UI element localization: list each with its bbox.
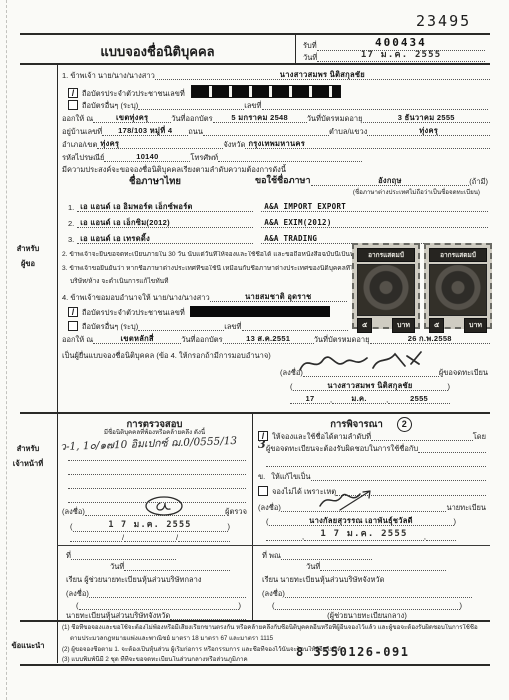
revenue-stamp-2: อากรแสตมป์ ๕ บาท — [424, 243, 492, 329]
consider-opt1-text: ให้จองและใช้ชื่อได้ตามลำดับที่ — [272, 432, 371, 441]
side-label-officer-1: สำหรับ — [2, 443, 54, 455]
poa-id-checkbox: / — [68, 307, 78, 317]
serial-number: 8 3550126-091 — [296, 645, 409, 659]
header-divider — [295, 33, 296, 63]
check-date-blank-2 — [124, 533, 176, 542]
check-blank-3 — [68, 480, 246, 489]
declaration-3a: 3. ข้าพเจ้าขอยืนยันว่า หากชื่อภาษาต่างปร… — [62, 265, 374, 273]
poa-other-no-label: เลขที่ — [224, 322, 241, 331]
check-blank-2 — [68, 466, 246, 475]
memo-right-date-blank — [320, 562, 446, 571]
purpose-text: มีความประสงค์จะขอจองชื่อนิติบุคคลเรียงตา… — [62, 165, 286, 174]
consider-opt1-by: โดย — [473, 432, 486, 441]
consider-sign-role: นายทะเบียน — [446, 503, 486, 512]
consider-badge: 2 — [397, 417, 412, 432]
side-label-officer-2: เจ้าหน้าที่ — [2, 458, 54, 470]
received-date-stamp: 17 ม.ค. 2555 — [361, 50, 442, 60]
name-row-3-thai: เอ แอนด์ เอ เทรดดิ้ง — [77, 234, 253, 244]
declaration-3b: บริษัท/ห้าง จะดำเนินการแก้ไขทันที — [70, 278, 169, 286]
check-paren-close: ) — [228, 522, 231, 531]
other-card-blank — [138, 101, 244, 110]
phone-blank — [218, 153, 362, 162]
left-column-rule — [57, 65, 58, 663]
poa-issue-date-value: 13 ส.ค.2551 — [223, 334, 314, 344]
examiner-signature — [142, 495, 186, 517]
applicant-name: นางสาวสมพร นิติสกุลชัย — [155, 70, 490, 80]
memo-top-rule — [57, 545, 490, 546]
poa-id-checkmark: / — [72, 308, 75, 317]
house-value: 178/103 หมู่ที่ 4 — [102, 126, 188, 136]
signer-name: นางสาวสมพร นิติสกุลชัย — [293, 381, 448, 391]
side-label-applicant-2: ผู้ขอ — [2, 258, 54, 270]
if-any-label: (ถ้ามี) — [469, 177, 488, 186]
issue-date-label: วันที่ออกบัตร — [171, 114, 213, 123]
advice-top-rule — [20, 620, 490, 622]
memo-right-footer: (ผู้ช่วยนายทะเบียนกลาง) — [327, 611, 407, 620]
check-sign-label: (ลงชื่อ) — [62, 507, 85, 516]
poa-other-card-checkbox — [68, 321, 78, 331]
memo-right-name-blank — [275, 601, 460, 610]
revenue-stamp-1-value: ๕ — [357, 318, 372, 333]
poa-name: นายสมชาติ อุดราช — [210, 292, 347, 302]
consider-optb-text: ให้แก้ไขเป็น — [271, 472, 310, 481]
paren-close: ) — [448, 382, 451, 391]
issued-at-label: ออกให้ ณ — [62, 114, 93, 123]
poa-other-no-blank — [242, 322, 349, 331]
province-value: กรุงเทพมหานคร — [245, 139, 490, 149]
poa-id-redaction — [190, 306, 330, 317]
revenue-stamp-1-title: อากรแสตมป์ — [357, 248, 415, 262]
memo-right-paren-close: ) — [460, 601, 463, 610]
applicant-label: 1. ข้าพเจ้า นาย/นาง/นางสาว — [62, 71, 155, 80]
memo-right-date-label: วันที่ — [306, 562, 320, 571]
header-bottom-rule — [20, 63, 490, 65]
memo-right-no-blank — [281, 551, 372, 560]
consider-sign-label: (ลงชื่อ) — [258, 503, 281, 512]
consider-opt1-blank — [371, 432, 473, 441]
form-title: แบบจองชื่อนิติบุคคล — [20, 41, 295, 62]
name-row-1-thai: เอ แอนด์ เอ อิมพอร์ต เอ็กซ์พอร์ต — [77, 202, 253, 212]
memo-left-date-label: วันที่ — [110, 562, 124, 571]
memo-right-sign-blank — [285, 589, 472, 598]
name-row-3-no: 3. — [68, 235, 74, 244]
district-value: ทุ่งครุ — [97, 139, 223, 149]
name-row-2-eng: A&A EXIM(2012) — [261, 218, 488, 228]
consider-header-text: การพิจารณา — [330, 419, 383, 430]
sign-role: ผู้ขอจดทะเบียน — [439, 368, 488, 377]
expiry-label: วันที่บัตรหมดอายุ — [307, 114, 363, 123]
thai-name-header: ชื่อภาษาไทย — [95, 174, 215, 189]
sign-date-year: 2555 — [388, 394, 450, 404]
revenue-stamp-1-art — [357, 264, 415, 316]
check-date-stamp: 1 7 ม.ค. 2555 — [108, 520, 191, 530]
poa-issued-at-value: เขตหลักสี่ — [93, 334, 181, 344]
poa-expiry-label: วันที่บัตรหมดอายุ — [314, 335, 370, 344]
foreign-name-note: (ชื่อภาษาต่างประเทศไม่ถือว่าเป็นชื่อจดทะ… — [353, 189, 480, 197]
header-top-rule — [20, 33, 490, 35]
consider-optb-blank — [311, 472, 486, 481]
advice-line-1: (1) ชื่อที่ขอจองและขอใช้จะต้องไม่พ้องหรื… — [62, 624, 478, 632]
poa-other-card-blank — [138, 322, 224, 331]
phone-label: โทรศัพท์ — [190, 153, 218, 162]
consider-opt2-checkbox — [258, 486, 268, 496]
sign-date-month: ม.ค. — [332, 394, 386, 404]
side-label-applicant-1: สำหรับ — [2, 243, 54, 255]
memo-left-date-blank — [124, 562, 230, 571]
poa-issue-date-label: วันที่ออกบัตร — [181, 335, 223, 344]
memo-left-to: เรียน ผู้ช่วยนายทะเบียนหุ้นส่วนบริษัทกลา… — [66, 575, 202, 584]
issue-date-value: 5 มกราคม 2548 — [213, 113, 307, 123]
memo-left-paren-close: ) — [239, 601, 242, 610]
declaration-2: 2. ข้าพเจ้าจะยื่นขอจดทะเบียนภายใน 30 วัน… — [62, 251, 370, 259]
id-card-checkbox: / — [68, 88, 78, 98]
consider-optb-no: ข. — [258, 472, 265, 481]
request-language-label: ขอใช้ชื่อภาษา — [255, 175, 311, 186]
revenue-stamp-2-title: อากรแสตมป์ — [429, 248, 487, 262]
memo-left-name-blank — [79, 601, 239, 610]
advice-side-label: ข้อแนะนำ — [2, 640, 54, 652]
check-sign-role: ผู้ตรวจ — [225, 507, 247, 516]
scanned-form-page: 23495 แบบจองชื่อนิติบุคคล รับที่ 400434 … — [0, 0, 509, 700]
consider-blank-1 — [266, 458, 486, 467]
advice-line-4: (3) แบบพิมพ์นี้มี 2 ชุด ที่ที่จะขอจดทะเบ… — [62, 656, 248, 664]
id-card-label: ถือบัตรประจำตัวประชาชนเลขที่ — [82, 89, 185, 98]
consider-opt1b-text: ผู้ขอจดทะเบียนจะต้องรับผิดชอบในการใช้ชื่… — [266, 444, 418, 453]
revenue-stamp-2-art — [429, 264, 487, 316]
advice-line-2: ตามประมวลกฎหมายแพ่งและพาณิชย์ มาตรา 18 ม… — [70, 635, 273, 643]
memo-left-no-blank — [71, 551, 176, 560]
id-card-checkmark: / — [72, 89, 75, 98]
memo-left-sign-label: (ลงชื่อ) — [66, 589, 89, 598]
consider-date-blank-2 — [426, 532, 456, 541]
poa-label: 4. ข้าพเจ้าขอมอบอำนาจให้ นาย/นาง/นางสาว — [62, 293, 210, 302]
memo-right-sign-label: (ลงชื่อ) — [262, 589, 285, 598]
revenue-stamp-1-unit: บาท — [392, 318, 415, 333]
consider-paren-close: ) — [454, 517, 457, 526]
road-label: ถนน — [188, 127, 203, 136]
name-row-1-eng: A&A IMPORT EXPORT — [261, 202, 488, 212]
road-blank — [203, 127, 329, 136]
revenue-stamp-2-unit: บาท — [464, 318, 487, 333]
issued-at-value: เขตทุ่งครุ — [93, 113, 171, 123]
district-label: อำเภอ/เขต — [62, 140, 97, 149]
other-card-label: ถือบัตรอื่นๆ (ระบุ) — [82, 101, 138, 110]
consider-date-blank-1 — [266, 532, 302, 541]
other-card-no-blank — [262, 101, 489, 110]
perforation-line — [6, 0, 7, 700]
id-number-redaction — [191, 85, 341, 98]
poa-note: เป็นผู้ยื่นแบบจองชื่อนิติบุคคล (ข้อ 4. ใ… — [62, 351, 271, 360]
name-row-1-no: 1. — [68, 203, 74, 212]
memo-right-to: เรียน นายทะเบียนหุ้นส่วนบริษัทจังหวัด — [262, 575, 385, 584]
registrar-signature — [316, 488, 382, 512]
subdistrict-label: ตำบล/แขวง — [329, 127, 367, 136]
check-date-blank-1 — [70, 533, 122, 542]
memo-left-footer: นายทะเบียนหุ้นส่วนบริษัทจังหวัด — [66, 611, 170, 620]
poa-other-card-label: ถือบัตรอื่นๆ (ระบุ) — [82, 322, 138, 331]
other-card-no-label: เลขที่ — [244, 101, 261, 110]
request-language-value: อังกฤษ — [311, 176, 470, 186]
other-card-checkbox — [68, 100, 78, 110]
check-date-blank-3 — [178, 533, 230, 542]
received-number-stamp: 400434 — [317, 36, 485, 51]
header-date-label: วันที่ — [303, 53, 317, 62]
doc-number: 23495 — [416, 12, 471, 30]
consider-handwritten-order: 3 — [258, 438, 266, 451]
consider-signer-name: นางกัลยสุวรรณ เอาพันธุ์ชวัลดี — [269, 516, 454, 526]
house-label: อยู่บ้านเลขที่ — [62, 127, 102, 136]
officer-top-rule — [20, 412, 490, 414]
expiry-value: 3 ธันวาคม 2555 — [363, 113, 490, 123]
consider-date-stamp: 1 7 ม.ค. 2555 — [320, 529, 407, 539]
consider-opt1b-blank — [418, 444, 486, 453]
memo-right-no-label: ที่ พณ — [262, 551, 281, 560]
postcode-label: รหัสไปรษณีย์ — [62, 153, 104, 162]
poa-issued-at-label: ออกให้ ณ — [62, 335, 93, 344]
consider-column-header: การพิจารณา2 — [252, 417, 490, 432]
revenue-stamp-2-value: ๕ — [429, 318, 444, 333]
sign-date-day: 17 — [290, 394, 330, 404]
center-column-rule — [252, 412, 253, 620]
memo-left-sign-blank — [89, 589, 246, 598]
advice-bottom-rule — [20, 664, 490, 666]
subdistrict-value: ทุ่งครุ — [367, 126, 490, 136]
revenue-stamp-1: อากรแสตมป์ ๕ บาท — [352, 243, 420, 329]
name-row-2-no: 2. — [68, 219, 74, 228]
name-row-2-thai: เอ แอนด์ เอ เอ็กซิม(2012) — [77, 218, 253, 228]
province-label: จังหวัด — [223, 140, 245, 149]
poa-expiry-value: 26 ก.พ.2558 — [370, 334, 490, 344]
applicant-signature — [295, 348, 430, 376]
poa-id-label: ถือบัตรประจำตัวประชาชนเลขที่ — [82, 308, 185, 317]
postcode-value: 10140 — [104, 152, 190, 162]
